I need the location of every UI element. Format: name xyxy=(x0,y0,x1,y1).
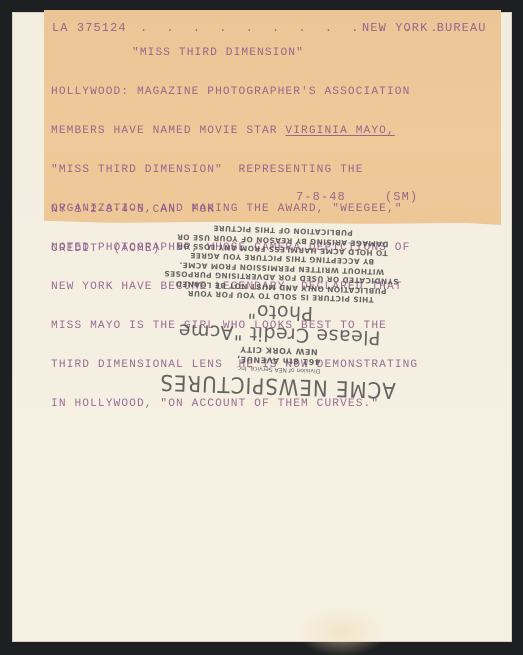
acme-rubber-stamp: ACME NEWSPICTURES Division of NEA Servic… xyxy=(152,228,408,402)
stamp-please-credit: Please Credit "Acme Photo" xyxy=(154,297,405,350)
caption-date: 7-8-48 xyxy=(296,191,346,204)
caption-initials: (SM) xyxy=(385,191,418,204)
reference-number: LA 375124 xyxy=(52,22,127,35)
caption-line: MEMBERS HAVE NAMED MOVIE STAR VIRGINIA M… xyxy=(51,125,418,138)
underlined-star-name: VIRGINIA MAYO, xyxy=(285,125,394,137)
credit-line: NY 1-2-3-4-5 CAN FOR xyxy=(51,204,215,217)
caption-line: "MISS THIRD DIMENSION" REPRESENTING THE xyxy=(51,164,418,177)
bureau-label: NEW YORK BUREAU xyxy=(362,22,487,35)
caption-line-text: MEMBERS HAVE NAMED MOVIE STAR xyxy=(51,125,285,137)
caption-headline: "MISS THIRD DIMENSION" xyxy=(132,47,304,60)
paper-stain xyxy=(297,607,387,655)
caption-line: HOLLYWOOD: MAGAZINE PHOTOGRAPHER'S ASSOC… xyxy=(51,86,418,99)
